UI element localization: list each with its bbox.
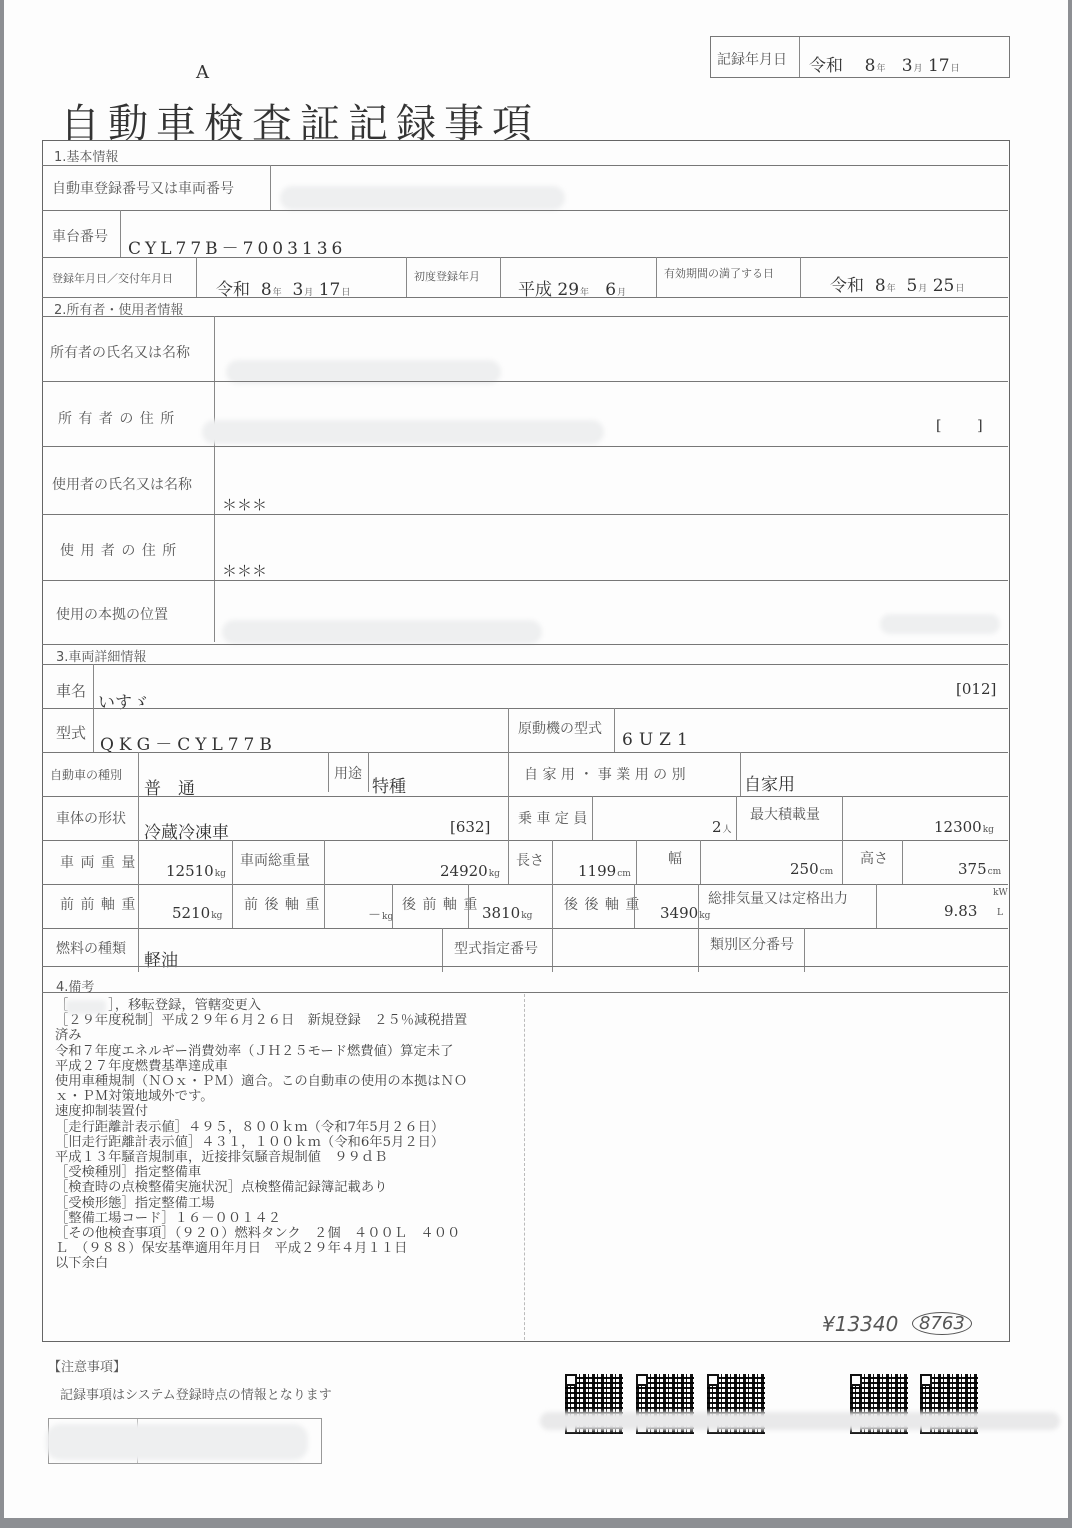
redacted-stamp xyxy=(46,1424,308,1460)
reg-date-label: 登録年月日／交付年月日 xyxy=(52,270,173,286)
capacity-label: 乗 車 定 員 xyxy=(518,808,587,828)
height-value: 375cm xyxy=(958,860,1001,878)
remark-line: 使用車種規制（ＮＯｘ・ＰＭ）適合。この自動車の使用の本拠はＮＯ xyxy=(55,1074,467,1089)
user-name-value: ＊＊＊ xyxy=(222,494,267,515)
rr-axle-label: 後 後 軸 重 xyxy=(564,894,640,914)
engine-label: 原動機の型式 xyxy=(518,718,602,738)
remark-line: ［受検形態］指定整備工場 xyxy=(55,1196,467,1211)
owner-address-label: 所 有 者 の 住 所 xyxy=(58,408,175,428)
max-load-value: 12300kg xyxy=(934,818,994,836)
reg-number-label: 自動車登録番号又は車両番号 xyxy=(52,178,234,198)
record-date-value: 令和 8年 3月 17日 xyxy=(809,51,960,76)
type-designation-label: 型式指定番号 xyxy=(454,938,538,958)
length-label: 長さ xyxy=(516,850,544,870)
redacted-owner-address xyxy=(202,420,604,444)
owner-name-label: 所有者の氏名又は名称 xyxy=(50,342,190,362)
car-name-label: 車名 xyxy=(56,680,86,701)
engine-value: 6UZ1 xyxy=(622,730,694,750)
displacement-unit-kw: kW xyxy=(993,888,1008,898)
redacted-reg-number xyxy=(280,186,565,210)
type-label: 自動車の種別 xyxy=(50,766,122,783)
gross-label: 車両総重量 xyxy=(240,850,310,870)
chassis-label: 車台番号 xyxy=(52,226,108,246)
fuel-value: 軽油 xyxy=(144,946,178,971)
category-label: 類別区分番号 xyxy=(710,934,794,954)
fr-axle-label: 前 後 軸 重 xyxy=(244,894,320,914)
redacted-qr-band xyxy=(540,1412,1060,1430)
width-value: 250cm xyxy=(790,860,833,878)
remark-line: 平成１３年騒音規制車，近接排気騒音規制値 ９９ｄＢ xyxy=(55,1150,467,1165)
displacement-label: 総排気量又は定格出力 xyxy=(708,888,848,908)
weight-value: 12510kg xyxy=(166,862,226,880)
car-name-code: [012] xyxy=(956,680,996,698)
private-label: 自 家 用 ・ 事 業 用 の 別 xyxy=(524,764,686,784)
remark-line: 令和７年度エネルギー消費効率（ＪＨ２５モード燃費値）算定未了 xyxy=(55,1044,467,1059)
section3-heading: 3.車両詳細情報 xyxy=(56,646,146,665)
first-reg-label: 初度登録年月 xyxy=(414,268,480,284)
remark-line: ｘ・ＰＭ対策地域外です。 xyxy=(55,1089,467,1104)
weight-label: 車 両 重 量 xyxy=(60,852,136,872)
private-value: 自家用 xyxy=(744,770,795,795)
notice-text: 記録事項はシステム登録時点の情報となります xyxy=(60,1384,332,1403)
section1-heading: 1.基本情報 xyxy=(54,146,118,165)
displacement-unit-l: L xyxy=(997,908,1003,918)
owner-address-code: [ ] xyxy=(936,418,983,434)
remark-line: Ｌ （９８８）保安基準適用年月日 平成２９年４月１１日 xyxy=(55,1241,467,1256)
expiry-value: 令和 8年 5月 25日 xyxy=(830,271,964,296)
fr-axle-value: －kg xyxy=(368,904,393,923)
ff-axle-label: 前 前 軸 重 xyxy=(60,894,136,914)
displacement-value: 9.83 xyxy=(944,902,977,920)
remark-line: ［旧走行距離計表示値］４３１，１００ｋｍ（令和6年5月２日） xyxy=(55,1135,467,1150)
length-value: 1199cm xyxy=(578,862,631,880)
remarks-divider xyxy=(524,994,525,1340)
remark-line: ［整備工場コード］１６－００１４２ xyxy=(55,1211,467,1226)
redacted-base-location xyxy=(222,620,542,644)
fuel-label: 燃料の種類 xyxy=(56,938,126,958)
expiry-label: 有効期間の満了する日 xyxy=(664,265,774,281)
usage-value: 特種 xyxy=(372,772,406,797)
user-address-value: ＊＊＊ xyxy=(222,560,267,581)
remark-line: ［２９年度税制］平成２９年６月２６日 新規登録 ２５％減税措置 xyxy=(55,1013,467,1028)
rf-axle-value: 3810kg xyxy=(482,904,532,922)
handwritten-circled-number: 8763 xyxy=(912,1312,972,1335)
usage-label: 用途 xyxy=(334,763,362,783)
remark-line: 速度抑制装置付 xyxy=(55,1104,467,1119)
record-date-label: 記録年月日 xyxy=(717,49,787,69)
user-address-label: 使 用 者 の 住 所 xyxy=(60,540,177,560)
chassis-value: CYL77B－7003136 xyxy=(128,234,346,259)
corner-mark: A xyxy=(196,62,209,83)
body-label: 車体の形状 xyxy=(56,808,126,828)
remark-line: ［走行距離計表示値］４９５，８００ｋｍ（令和7年5月２６日） xyxy=(55,1120,467,1135)
car-name-value: いすゞ xyxy=(98,688,149,713)
remarks-list: ［ ］，移転登録，管轄変更入［２９年度税制］平成２９年６月２６日 新規登録 ２５… xyxy=(55,998,467,1272)
rf-axle-label: 後 前 軸 重 xyxy=(402,894,478,914)
remark-line: ［その他検査事項］（９２０）燃料タンク ２個 ４００Ｌ ４００ xyxy=(55,1226,467,1241)
ff-axle-value: 5210kg xyxy=(172,904,222,922)
remark-line: 以下余白 xyxy=(55,1256,467,1271)
height-label: 高さ xyxy=(860,848,888,868)
notice-heading: 【注意事項】 xyxy=(48,1356,126,1375)
body-code: [632] xyxy=(450,818,490,836)
user-name-label: 使用者の氏名又は名称 xyxy=(52,474,192,494)
remark-line: ［検査時の点検整備実施状況］点検整備記録簿記載あり xyxy=(55,1180,467,1195)
rr-axle-value: 3490kg xyxy=(660,904,710,922)
remark-line: ［ ］，移転登録，管轄変更入 xyxy=(55,998,467,1013)
remark-line: 済み xyxy=(55,1028,467,1043)
redacted-base-code xyxy=(880,614,1000,634)
remark-line: 平成２７年度燃費基準達成車 xyxy=(55,1059,467,1074)
record-date-box: 記録年月日 令和 8年 3月 17日 xyxy=(710,36,1010,78)
remark-line: ［受検種別］指定整備車 xyxy=(55,1165,467,1180)
handwritten-fee: ¥13340 xyxy=(822,1312,898,1336)
base-location-label: 使用の本拠の位置 xyxy=(56,604,168,624)
gross-value: 24920kg xyxy=(440,862,500,880)
capacity-value: 2人 xyxy=(712,818,732,836)
model-label: 型式 xyxy=(56,722,86,743)
redacted-remark xyxy=(66,1000,106,1014)
width-label: 幅 xyxy=(668,848,682,868)
max-load-label: 最大積載量 xyxy=(750,804,820,824)
